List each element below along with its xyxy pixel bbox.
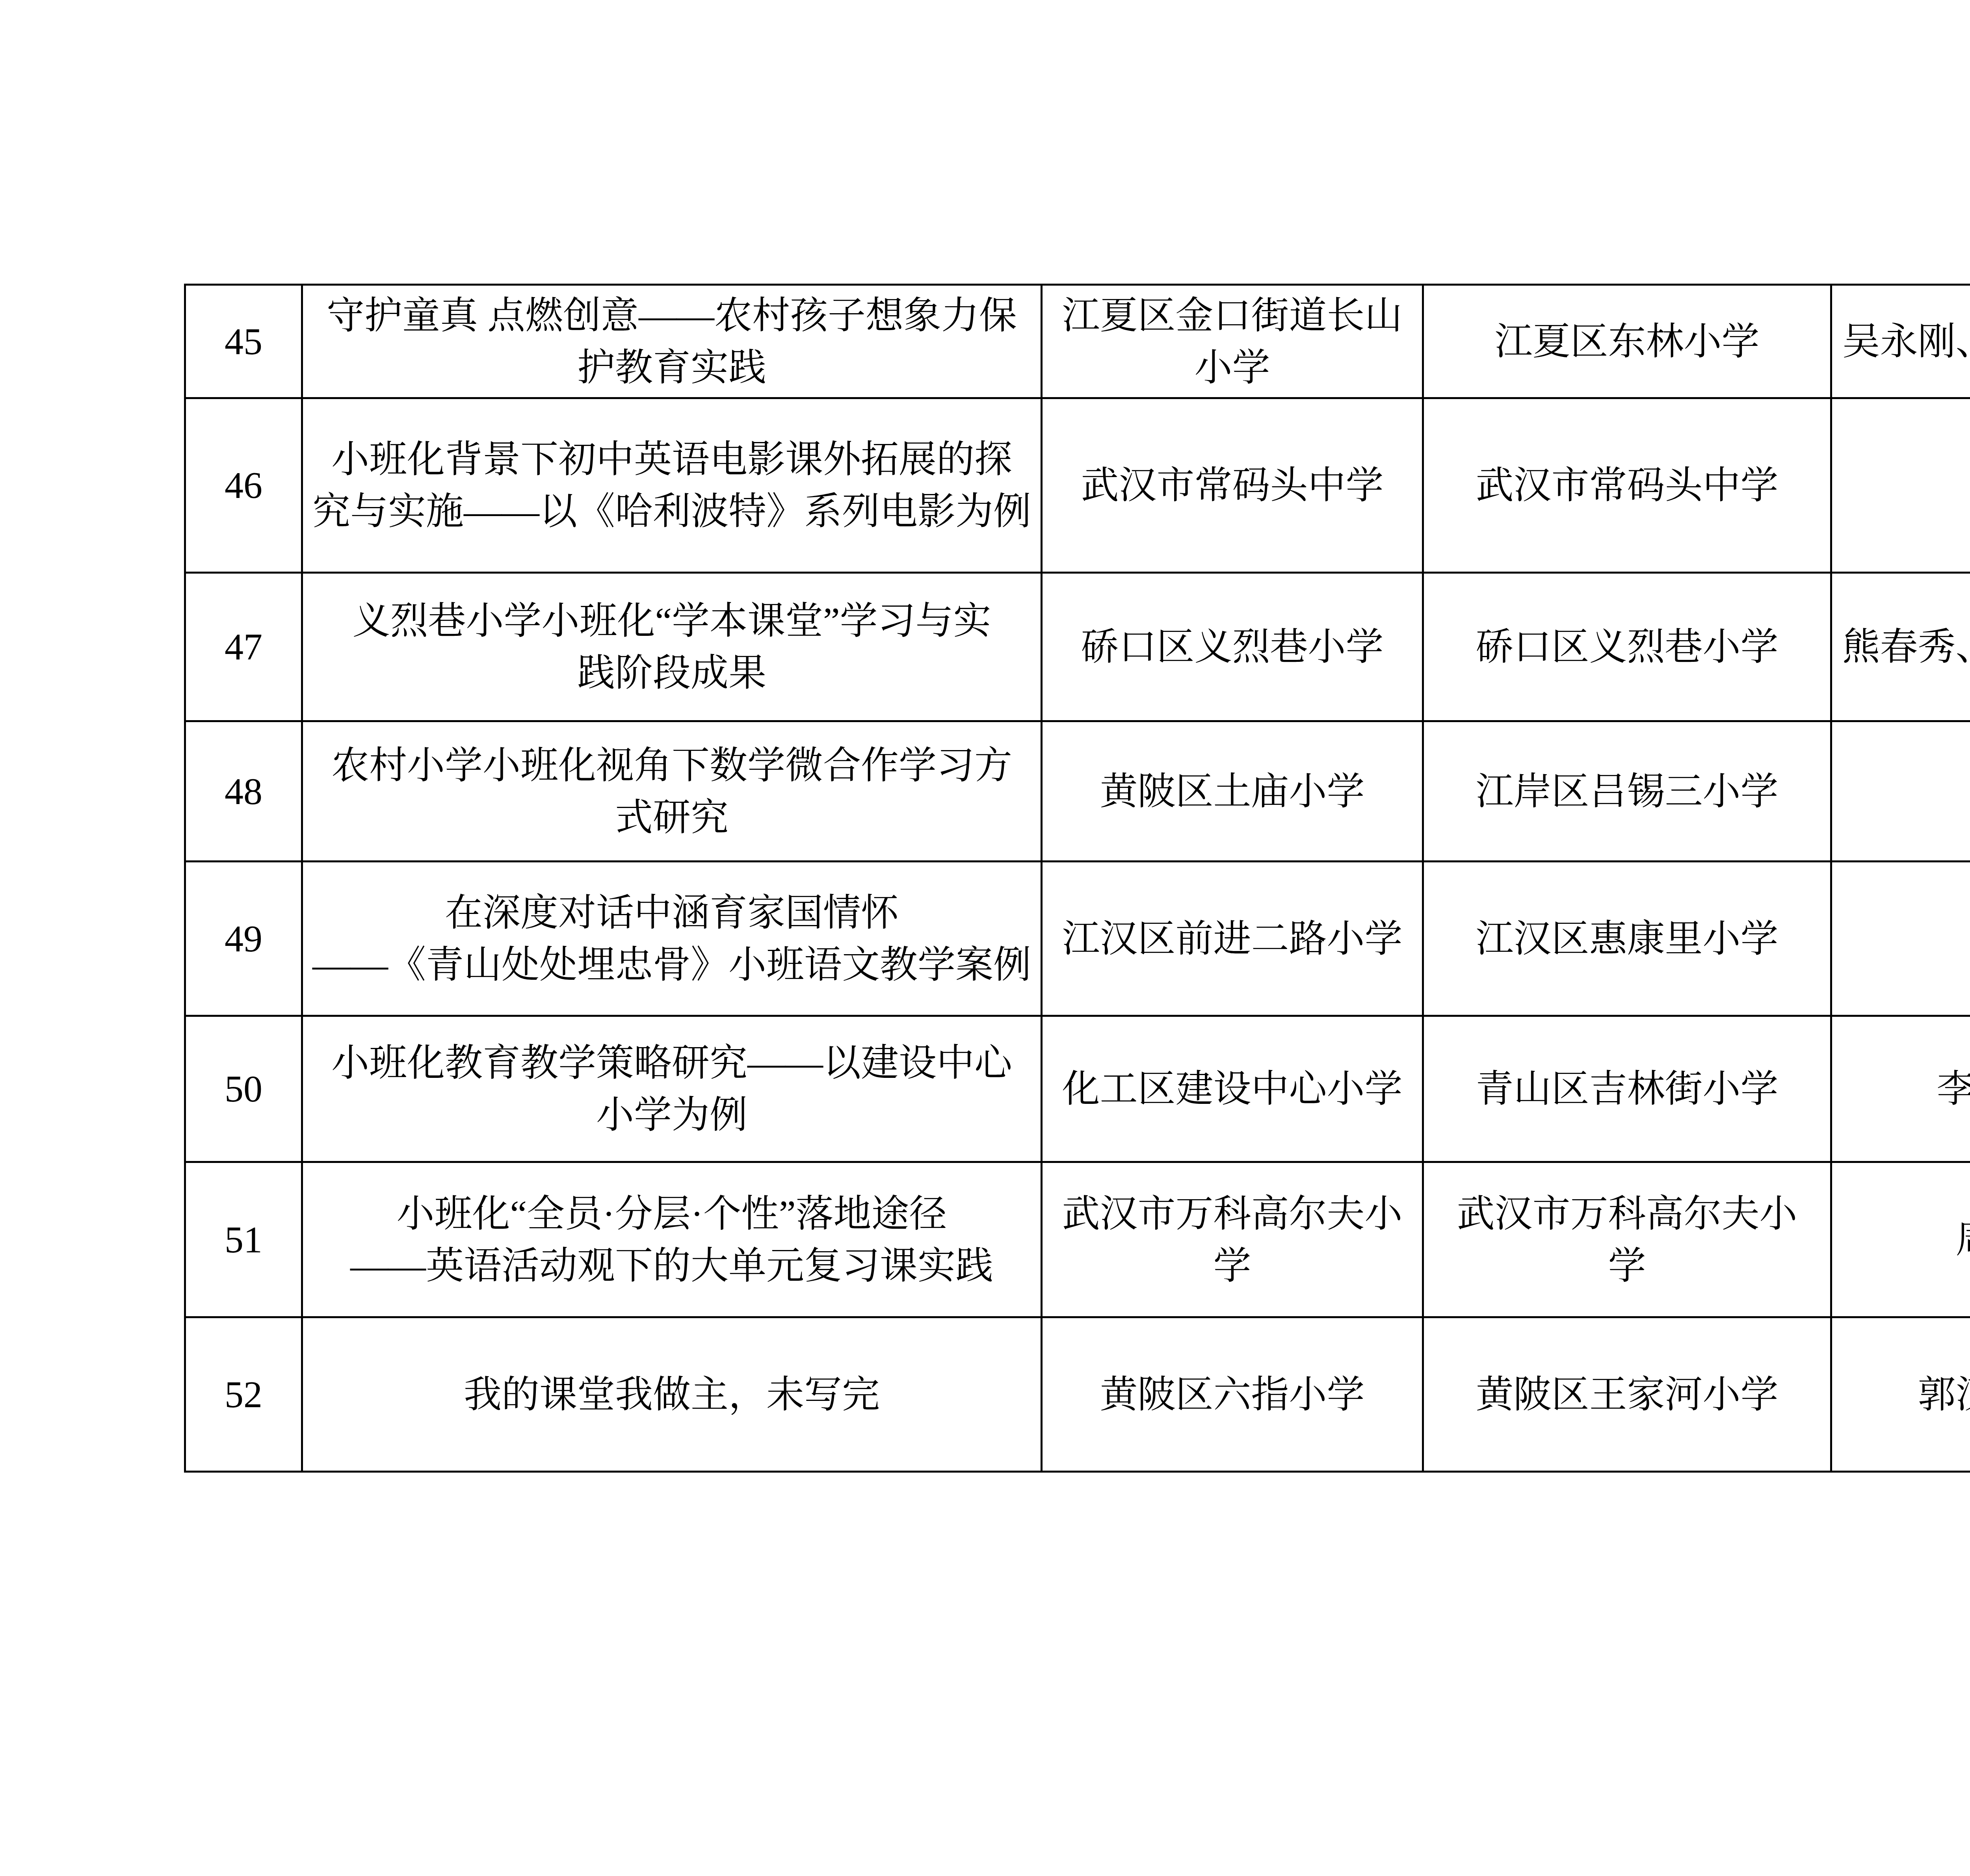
cell-authors: 吴天明 <box>1831 721 1970 862</box>
cell-unit1: 黄陂区土庙小学 <box>1042 721 1423 862</box>
cell-row-number: 47 <box>185 573 302 721</box>
cell-row-number: 46 <box>185 398 302 573</box>
cell-title: 在深度对话中涵育家国情怀 ——《青山处处埋忠骨》小班语文教学案例 <box>302 862 1042 1016</box>
cell-row-number: 50 <box>185 1016 302 1162</box>
cell-title: 我的课堂我做主，未写完 <box>302 1317 1042 1472</box>
cell-unit1: 化工区建设中心小学 <box>1042 1016 1423 1162</box>
cell-title: 义烈巷小学小班化“学本课堂”学习与实 践阶段成果 <box>302 573 1042 721</box>
cell-row-number: 51 <box>185 1162 302 1317</box>
cell-unit2: 黄陂区王家河小学 <box>1423 1317 1831 1472</box>
document-page: { "page": { "background_color": "#ffffff… <box>0 0 1970 1876</box>
cell-unit1: 武汉市常码头中学 <box>1042 398 1423 573</box>
cell-title: 农村小学小班化视角下数学微合作学习方 式研究 <box>302 721 1042 862</box>
cell-unit1: 黄陂区六指小学 <box>1042 1317 1423 1472</box>
cell-row-number: 49 <box>185 862 302 1016</box>
table-row: 48 农村小学小班化视角下数学微合作学习方 式研究 黄陂区土庙小学 江岸区吕锡三… <box>185 721 1970 862</box>
cell-authors: 徐丹 <box>1831 398 1970 573</box>
cell-unit2: 武汉市万科高尔夫小 学 <box>1423 1162 1831 1317</box>
cell-unit1: 武汉市万科高尔夫小 学 <box>1042 1162 1423 1317</box>
cell-row-number: 52 <box>185 1317 302 1472</box>
cell-authors: 熊春秀、王文武、李亚玲 <box>1831 573 1970 721</box>
table-row: 50 小班化教育教学策略研究——以建设中心 小学为例 化工区建设中心小学 青山区… <box>185 1016 1970 1162</box>
awards-table: 45 守护童真 点燃创意——农村孩子想象力保 护教育实践 江夏区金口街道长山 小… <box>184 284 1970 1473</box>
cell-unit2: 江夏区东林小学 <box>1423 285 1831 398</box>
cell-authors: 陶云 <box>1831 862 1970 1016</box>
cell-title: 小班化背景下初中英语电影课外拓展的探 究与实施——以《哈利波特》系列电影为例 <box>302 398 1042 573</box>
cell-unit2: 武汉市常码头中学 <box>1423 398 1831 573</box>
cell-authors: 周濛、冯程 <box>1831 1162 1970 1317</box>
table-row: 51 小班化“全员·分层·个性”落地途径 ——英语活动观下的大单元复习课实践 武… <box>185 1162 1970 1317</box>
cell-unit2: 硚口区义烈巷小学 <box>1423 573 1831 721</box>
cell-unit2: 江岸区吕锡三小学 <box>1423 721 1831 862</box>
table-row: 45 守护童真 点燃创意——农村孩子想象力保 护教育实践 江夏区金口街道长山 小… <box>185 285 1970 398</box>
cell-title: 小班化“全员·分层·个性”落地途径 ——英语活动观下的大单元复习课实践 <box>302 1162 1042 1317</box>
cell-unit1: 江汉区前进二路小学 <box>1042 862 1423 1016</box>
table-row: 47 义烈巷小学小班化“学本课堂”学习与实 践阶段成果 硚口区义烈巷小学 硚口区… <box>185 573 1970 721</box>
cell-row-number: 48 <box>185 721 302 862</box>
cell-row-number: 45 <box>185 285 302 398</box>
table-row: 46 小班化背景下初中英语电影课外拓展的探 究与实施——以《哈利波特》系列电影为… <box>185 398 1970 573</box>
table-row: 49 在深度对话中涵育家国情怀 ——《青山处处埋忠骨》小班语文教学案例 江汉区前… <box>185 862 1970 1016</box>
table-row: 52 我的课堂我做主，未写完 黄陂区六指小学 黄陂区王家河小学 郭汉华、张红涛 … <box>185 1317 1970 1472</box>
cell-title: 守护童真 点燃创意——农村孩子想象力保 护教育实践 <box>302 285 1042 398</box>
cell-authors: 郭汉华、张红涛 <box>1831 1317 1970 1472</box>
cell-title: 小班化教育教学策略研究——以建设中心 小学为例 <box>302 1016 1042 1162</box>
cell-unit1: 江夏区金口街道长山 小学 <box>1042 285 1423 398</box>
cell-unit1: 硚口区义烈巷小学 <box>1042 573 1423 721</box>
cell-unit2: 青山区吉林街小学 <box>1423 1016 1831 1162</box>
cell-authors: 李敬东、鲁连 <box>1831 1016 1970 1162</box>
cell-authors: 吴永刚、徐金莲、刘矿生 <box>1831 285 1970 398</box>
cell-unit2: 江汉区惠康里小学 <box>1423 862 1831 1016</box>
